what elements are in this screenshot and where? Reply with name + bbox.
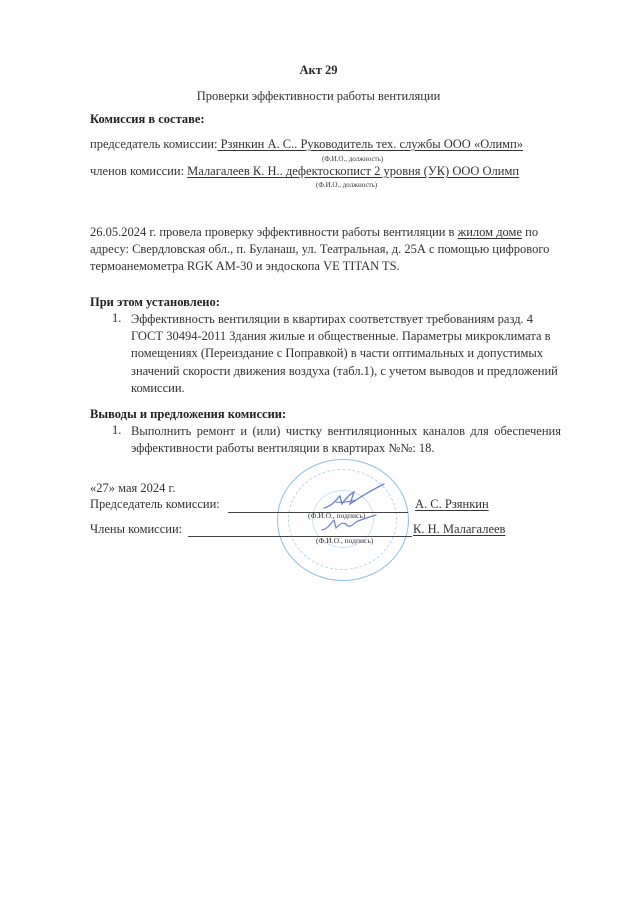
conclusions-item-text: Выполнить ремонт и (или) чистку вентиляц…	[131, 423, 561, 457]
members-caption: (Ф.И.О., должность)	[316, 181, 377, 189]
chairman-row: председатель комиссии: Рзянкин А. С.. Ру…	[90, 137, 523, 152]
member-handwritten-signature-icon	[320, 512, 380, 534]
document-title: Акт 29	[0, 63, 637, 78]
intro-paragraph: 26.05.2024 г. провела проверку эффективн…	[90, 224, 560, 275]
conclusions-heading: Выводы и предложения комиссии:	[90, 407, 286, 422]
chairman-signature-name: А. С. Рзянкин	[415, 497, 489, 512]
findings-heading: При этом установлено:	[90, 295, 220, 310]
members-label: членов комиссии:	[90, 164, 184, 178]
chairman-signature-label: Председатель комиссии:	[90, 497, 220, 512]
members-signature-line	[188, 536, 412, 537]
members-row: членов комиссии: Малагалеев К. Н.. дефек…	[90, 164, 519, 179]
members-signature-name: К. Н. Малагалеев	[413, 522, 505, 537]
conclusions-item-number: 1.	[112, 423, 121, 438]
members-signature-caption: (Ф.И.О., подпись)	[316, 536, 373, 545]
document-subtitle: Проверки эффективности работы вентиляции	[0, 89, 637, 104]
intro-link-residential-building: жилом доме	[458, 225, 522, 239]
findings-item-text: Эффективность вентиляции в квартирах соо…	[131, 311, 561, 397]
members-value: Малагалеев К. Н.. дефектоскопист 2 уровн…	[187, 164, 519, 178]
chairman-value: Рзянкин А. С.. Руководитель тех. службы …	[217, 137, 523, 151]
members-signature-label: Члены комиссии:	[90, 522, 182, 537]
signature-date: «27» мая 2024 г.	[90, 481, 175, 496]
findings-item-number: 1.	[112, 311, 121, 326]
intro-part1: 26.05.2024 г. провела проверку эффективн…	[90, 225, 458, 239]
document-page: Акт 29 Проверки эффективности работы вен…	[0, 0, 637, 900]
chairman-label: председатель комиссии:	[90, 137, 217, 151]
chairman-handwritten-signature-icon	[320, 482, 390, 516]
commission-heading: Комиссия в составе:	[90, 112, 205, 127]
chairman-caption: (Ф.И.О., должность)	[322, 155, 383, 163]
